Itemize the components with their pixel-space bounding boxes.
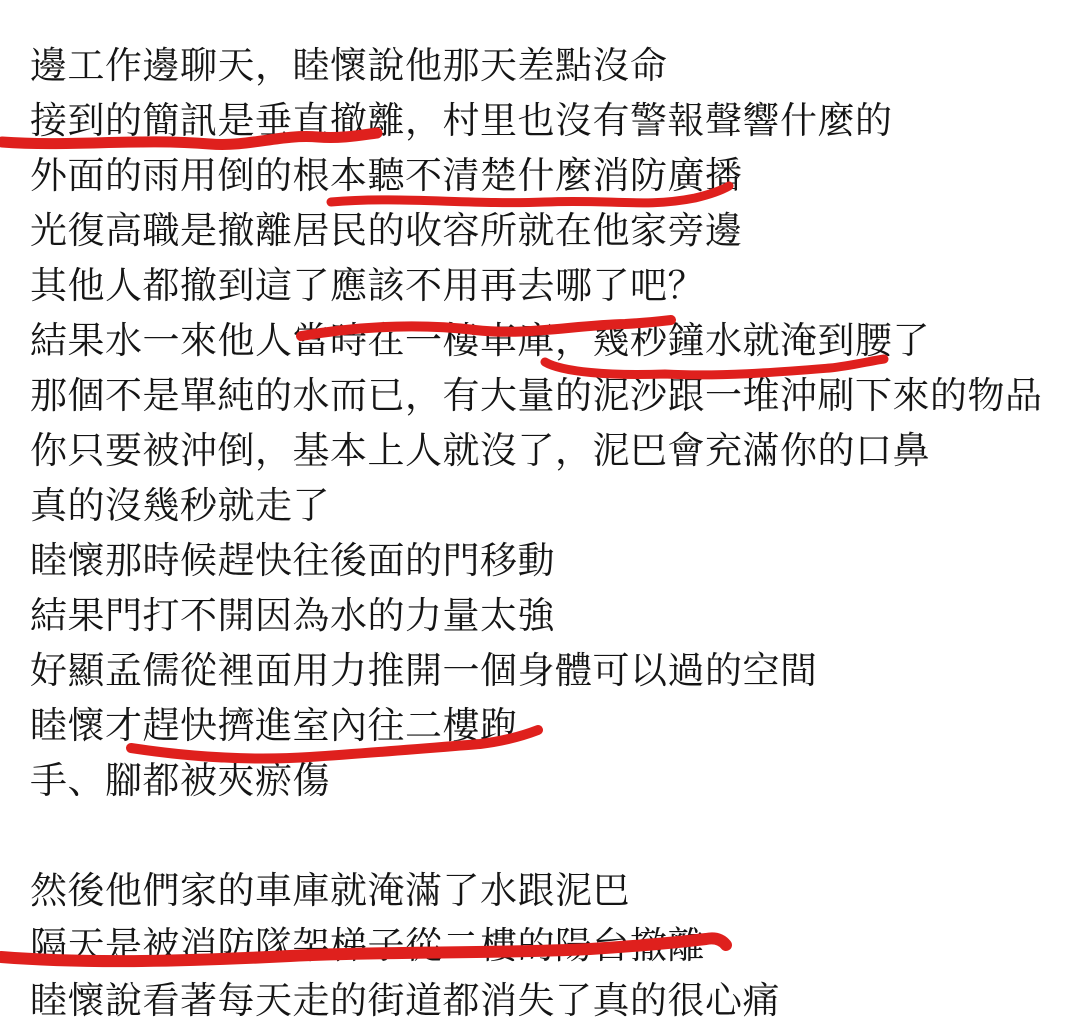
text-line: 其他人都撤到這了應該不用再去哪了吧？ — [30, 254, 1080, 309]
text-line: 睦懷說看著每天走的街道都消失了真的很心痛 — [30, 969, 1080, 1024]
text-document-page: 邊工作邊聊天，睦懷說他那天差點沒命接到的簡訊是垂直撤離，村里也沒有警報聲響什麼的… — [0, 0, 1080, 1032]
text-line: 好顯孟儒從裡面用力推開一個身體可以過的空間 — [30, 639, 1080, 694]
text-line: 接到的簡訊是垂直撤離，村里也沒有警報聲響什麼的 — [30, 89, 1080, 144]
text-line: 那個不是單純的水而已，有大量的泥沙跟一堆沖刷下來的物品 — [30, 364, 1080, 419]
text-line: 手、腳都被夾瘀傷 — [30, 749, 1080, 804]
text-line: 邊工作邊聊天，睦懷說他那天差點沒命 — [30, 34, 1080, 89]
text-line: 光復高職是撤離居民的收容所就在他家旁邊 — [30, 199, 1080, 254]
text-line: 你只要被沖倒，基本上人就沒了，泥巴會充滿你的口鼻 — [30, 419, 1080, 474]
text-line: 結果水一來他人當時在一樓車庫，幾秒鐘水就淹到腰了 — [30, 309, 1080, 364]
blank-line — [30, 804, 1080, 859]
text-line: 外面的雨用倒的根本聽不清楚什麼消防廣播 — [30, 144, 1080, 199]
text-line: 睦懷才趕快擠進室內往二樓跑 — [30, 694, 1080, 749]
text-line: 隔天是被消防隊架梯子從二樓的陽台撤離 — [30, 914, 1080, 969]
text-line: 然後他們家的車庫就淹滿了水跟泥巴 — [30, 859, 1080, 914]
text-line: 真的沒幾秒就走了 — [30, 474, 1080, 529]
text-line: 結果門打不開因為水的力量太強 — [30, 584, 1080, 639]
text-line: 睦懷那時候趕快往後面的門移動 — [30, 529, 1080, 584]
story-text-block: 邊工作邊聊天，睦懷說他那天差點沒命接到的簡訊是垂直撤離，村里也沒有警報聲響什麼的… — [30, 34, 1080, 1024]
